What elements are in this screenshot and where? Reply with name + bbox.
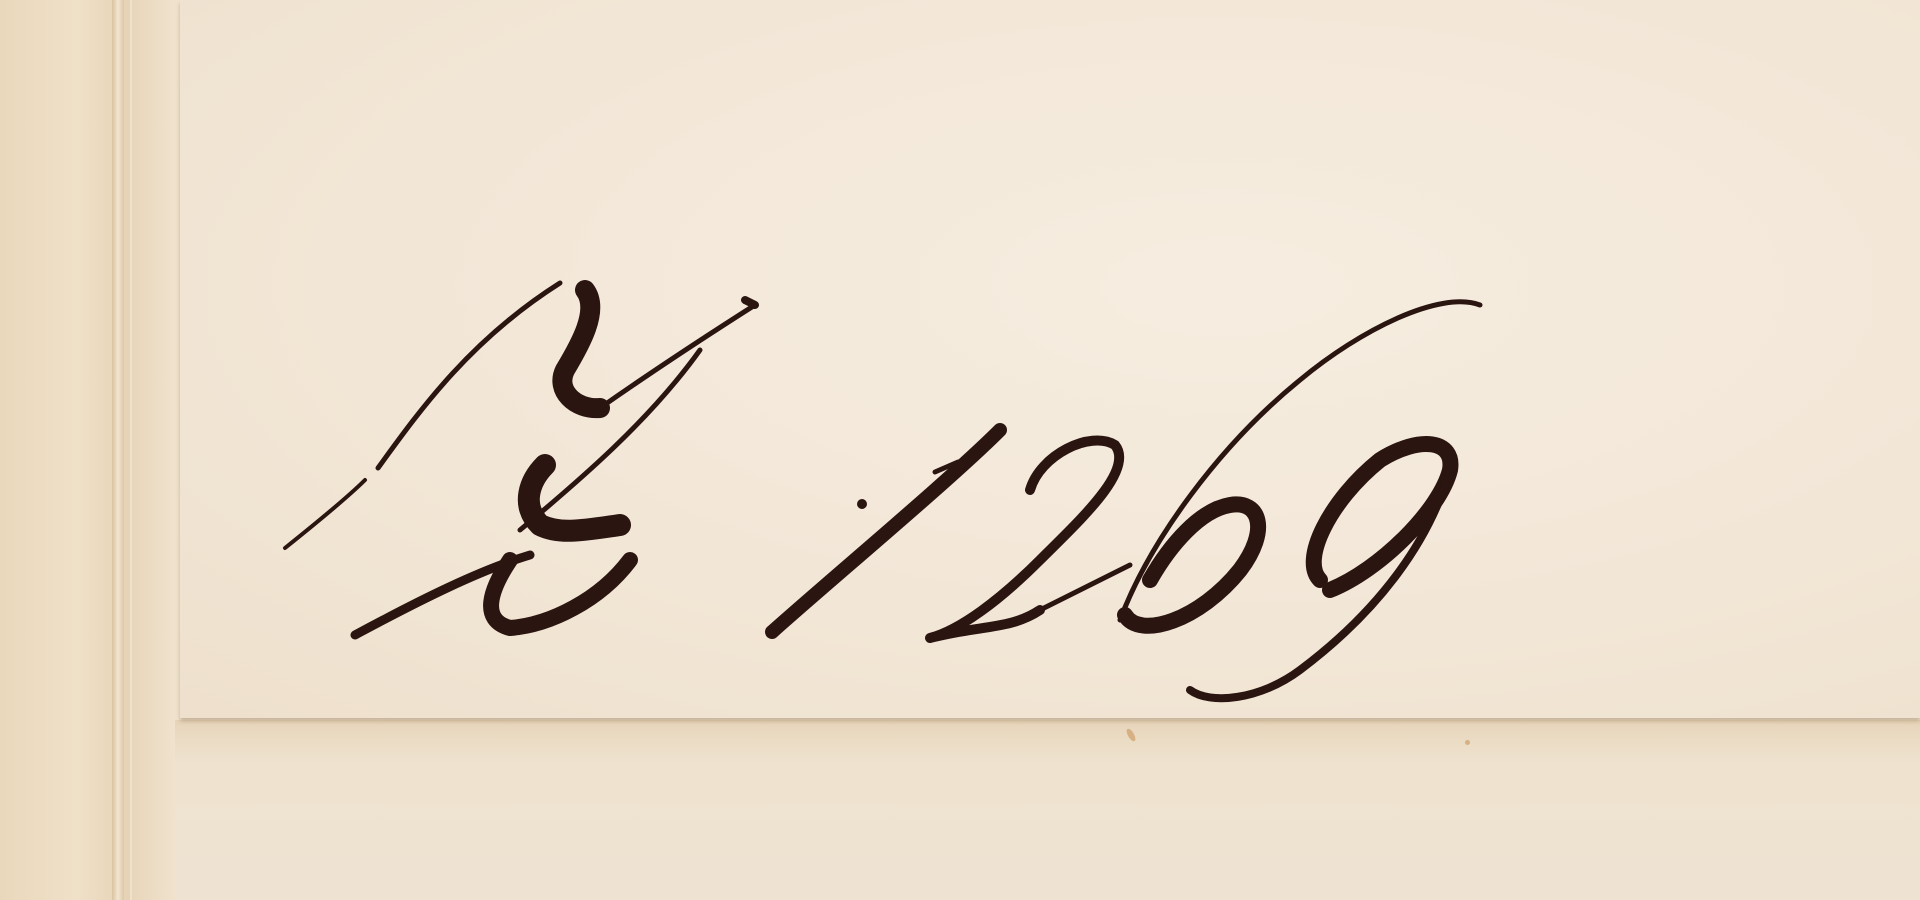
- ink-dot: [857, 499, 867, 509]
- handwritten-inscription: [0, 0, 1920, 900]
